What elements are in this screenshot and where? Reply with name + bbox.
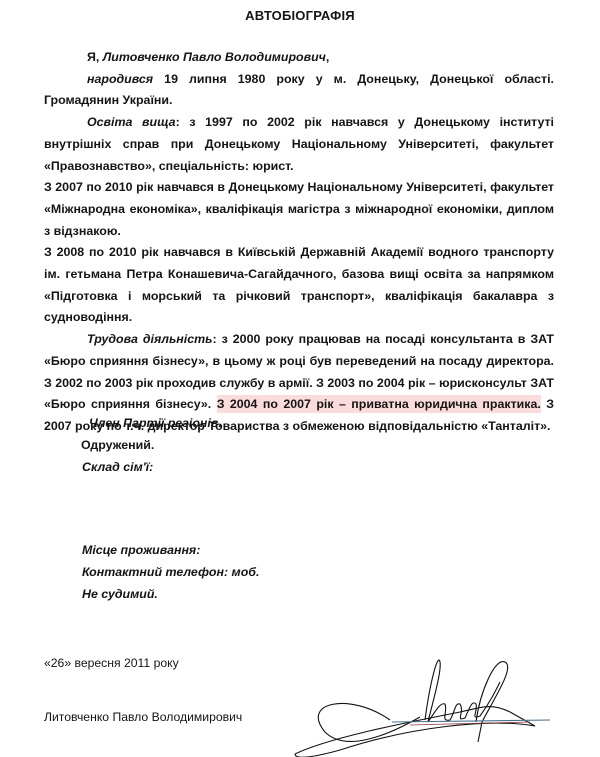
party-membership: Член Партії регіонів.: [89, 413, 222, 435]
education-label: Освіта вища: [87, 115, 176, 129]
full-name: Литовченко Павло Володимирович: [103, 50, 326, 64]
birth-label: народився: [87, 72, 153, 86]
criminal-record: Не судимий.: [82, 584, 158, 606]
residence-label: Місце проживання:: [82, 540, 200, 562]
intro-suffix: ,: [326, 50, 329, 64]
intro-line: Я, Литовченко Павло Володимирович,: [44, 47, 554, 69]
signature-icon: [290, 642, 580, 757]
education-paragraph-3: З 2008 по 2010 рік навчався в Київській …: [44, 242, 554, 329]
intro-prefix: Я,: [87, 50, 103, 64]
signatory-name: Литовченко Павло Володимирович: [44, 710, 242, 724]
document-page: АВТОБІОГРАФІЯ Я, Литовченко Павло Володи…: [0, 0, 600, 757]
phone-label: Контактний телефон: моб.: [82, 562, 259, 584]
document-body: Я, Литовченко Павло Володимирович, народ…: [44, 47, 554, 438]
birth-paragraph: народився 19 липня 1980 року у м. Донець…: [44, 69, 554, 112]
work-label: Трудова діяльність: [87, 332, 213, 346]
education-paragraph-2: З 2007 по 2010 рік навчався в Донецькому…: [44, 177, 554, 242]
document-title: АВТОБІОГРАФІЯ: [0, 8, 600, 23]
document-date: «26» вересня 2011 року: [44, 656, 179, 670]
education-paragraph: Освіта вища: з 1997 по 2002 рік навчався…: [44, 112, 554, 177]
family-composition: Склад сім'ї:: [82, 457, 153, 479]
marital-status: Одружений.: [81, 435, 154, 457]
highlighted-text: З 2004 по 2007 рік – приватна юридична п…: [217, 395, 541, 413]
